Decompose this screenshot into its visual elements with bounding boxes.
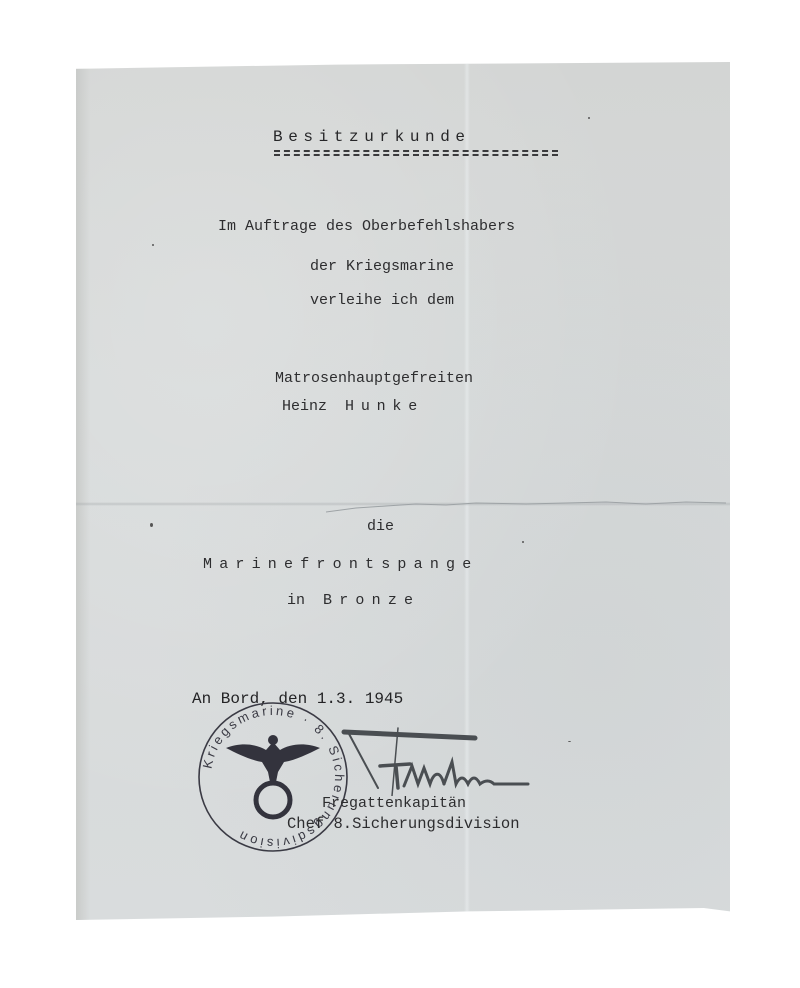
award-grade-value: Bronze	[323, 592, 420, 609]
recipient-rank: Matrosenhauptgefreiten	[275, 370, 473, 387]
recipient-first-name: Heinz	[282, 398, 327, 415]
award-name: Marinefrontspange	[203, 556, 478, 573]
authority-line-3: verleihe ich dem	[310, 292, 454, 309]
award-grade: in Bronze	[287, 592, 420, 609]
eagle-emblem-icon	[226, 735, 320, 817]
handwritten-signature	[340, 726, 530, 796]
paper-speck	[568, 741, 571, 742]
authority-line-1: Im Auftrage des Oberbefehlshabers	[218, 218, 515, 235]
authority-line-2: der Kriegsmarine	[310, 258, 454, 275]
award-grade-prefix: in	[287, 592, 305, 609]
paper-speck	[522, 541, 524, 543]
paper-speck	[150, 523, 153, 527]
signer-position: Chef 8.Sicherungsdivision	[287, 815, 520, 833]
paper-speck	[152, 244, 154, 246]
document-title: Besitzurkunde	[273, 128, 471, 146]
paper-tear	[326, 500, 726, 514]
title-double-underline	[274, 150, 558, 158]
signer-rank: Fregattenkapitän	[322, 795, 466, 812]
award-article: die	[367, 518, 394, 535]
recipient-name: Heinz Hunke	[282, 398, 424, 415]
paper-speck	[588, 117, 590, 119]
recipient-last-name: Hunke	[345, 398, 424, 415]
